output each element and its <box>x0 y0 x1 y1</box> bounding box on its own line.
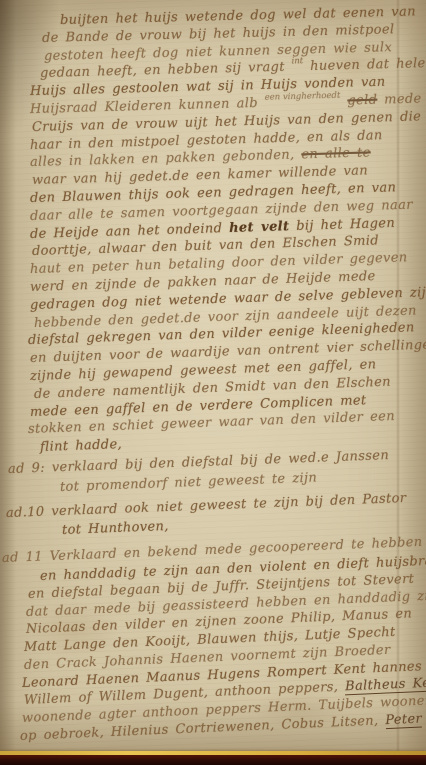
underlined-name: Peter <box>385 712 422 730</box>
interlinear-insertion: een vingherhoedt <box>264 88 340 108</box>
manuscript-word: het velt <box>229 219 290 236</box>
interlinear-insertion: int <box>291 54 303 72</box>
manuscript-word: bij het Hagen <box>289 215 395 233</box>
struck-word: en alle te <box>301 146 371 163</box>
book-edge-band <box>0 755 426 765</box>
struck-word: geld <box>347 93 377 109</box>
manuscript-text: buijten het huijs wetende dog wel dat ee… <box>0 12 426 746</box>
manuscript-word: flint hadde, <box>40 437 123 455</box>
manuscript-word: tot Hunthoven, <box>62 519 169 538</box>
manuscript-word: mede het goude <box>377 89 426 107</box>
manuscript-page: buijten het huijs wetende dog wel dat ee… <box>0 0 426 765</box>
manuscript-word: hueven dat helen <box>303 56 426 74</box>
